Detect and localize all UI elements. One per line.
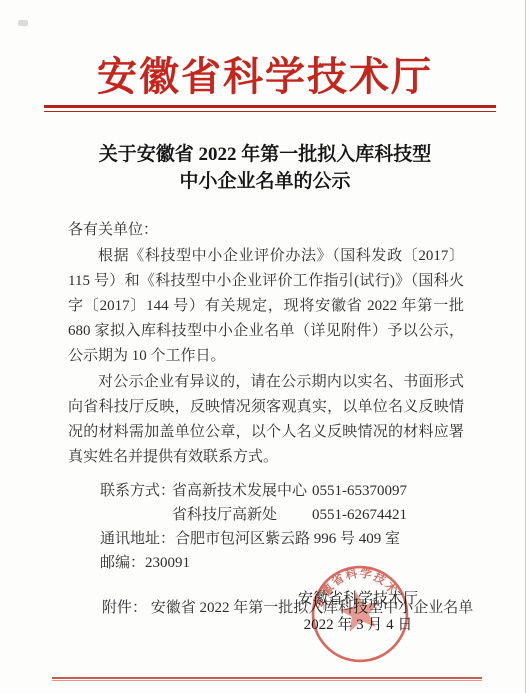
footer-rule	[52, 677, 482, 681]
signature-block: 安徽省科学技术厅 2022 年 3 月 4 日	[280, 586, 436, 638]
letterhead-org-name: 安徽省科学技术厅	[0, 52, 530, 102]
document-title-line2: 中小企业名单的公示	[0, 168, 530, 195]
contact-row-2: 省科技厅高新处 0551-62674421	[100, 503, 464, 527]
body-paragraph-1: 根据《科技型中小企业评价办法》（国科发政〔2017〕115 号）和《科技型中小企…	[68, 244, 464, 369]
page-edge	[525, 0, 526, 693]
contact-label-spacer	[100, 503, 172, 527]
contact-label: 联系方式：	[100, 479, 172, 503]
signature-date: 2022 年 3 月 4 日	[280, 612, 436, 638]
contact-phone: 0551-65370097	[312, 479, 407, 503]
contact-row-1: 联系方式： 省高新技术发展中心 0551-65370097	[100, 479, 464, 503]
contact-org-name: 省高新技术发展中心	[172, 479, 312, 503]
salutation: 各有关单位：	[68, 218, 464, 243]
signature-org: 安徽省科学技术厅	[280, 586, 436, 612]
letterhead-rule	[44, 105, 496, 112]
address-value: 合肥市包河区紫云路 996 号 409 室	[175, 527, 400, 551]
document-page: 安徽省科学技术厅 关于安徽省 2022 年第一批拟入库科技型 中小企业名单的公示…	[0, 0, 530, 693]
postcode-value: 230091	[145, 551, 190, 575]
contact-address-row: 通讯地址： 合肥市包河区紫云路 996 号 409 室	[100, 527, 464, 551]
document-body: 各有关单位： 根据《科技型中小企业评价办法》（国科发政〔2017〕115 号）和…	[68, 218, 464, 621]
address-label: 通讯地址：	[100, 527, 175, 551]
body-paragraph-2: 对公示企业有异议的，请在公示期内以实名、书面形式向省科技厅反映，反映情况须客观真…	[68, 370, 464, 470]
document-title: 关于安徽省 2022 年第一批拟入库科技型 中小企业名单的公示	[0, 141, 530, 195]
document-title-line1: 关于安徽省 2022 年第一批拟入库科技型	[0, 141, 530, 168]
scan-artifact	[18, 20, 28, 26]
contact-block: 联系方式： 省高新技术发展中心 0551-65370097 省科技厅高新处 05…	[100, 479, 464, 575]
contact-org-name: 省科技厅高新处	[172, 503, 312, 527]
contact-postcode-row: 邮编： 230091	[100, 551, 464, 575]
contact-phone: 0551-62674421	[312, 503, 407, 527]
attachment-label: 附件：	[102, 600, 147, 616]
postcode-label: 邮编：	[100, 551, 145, 575]
